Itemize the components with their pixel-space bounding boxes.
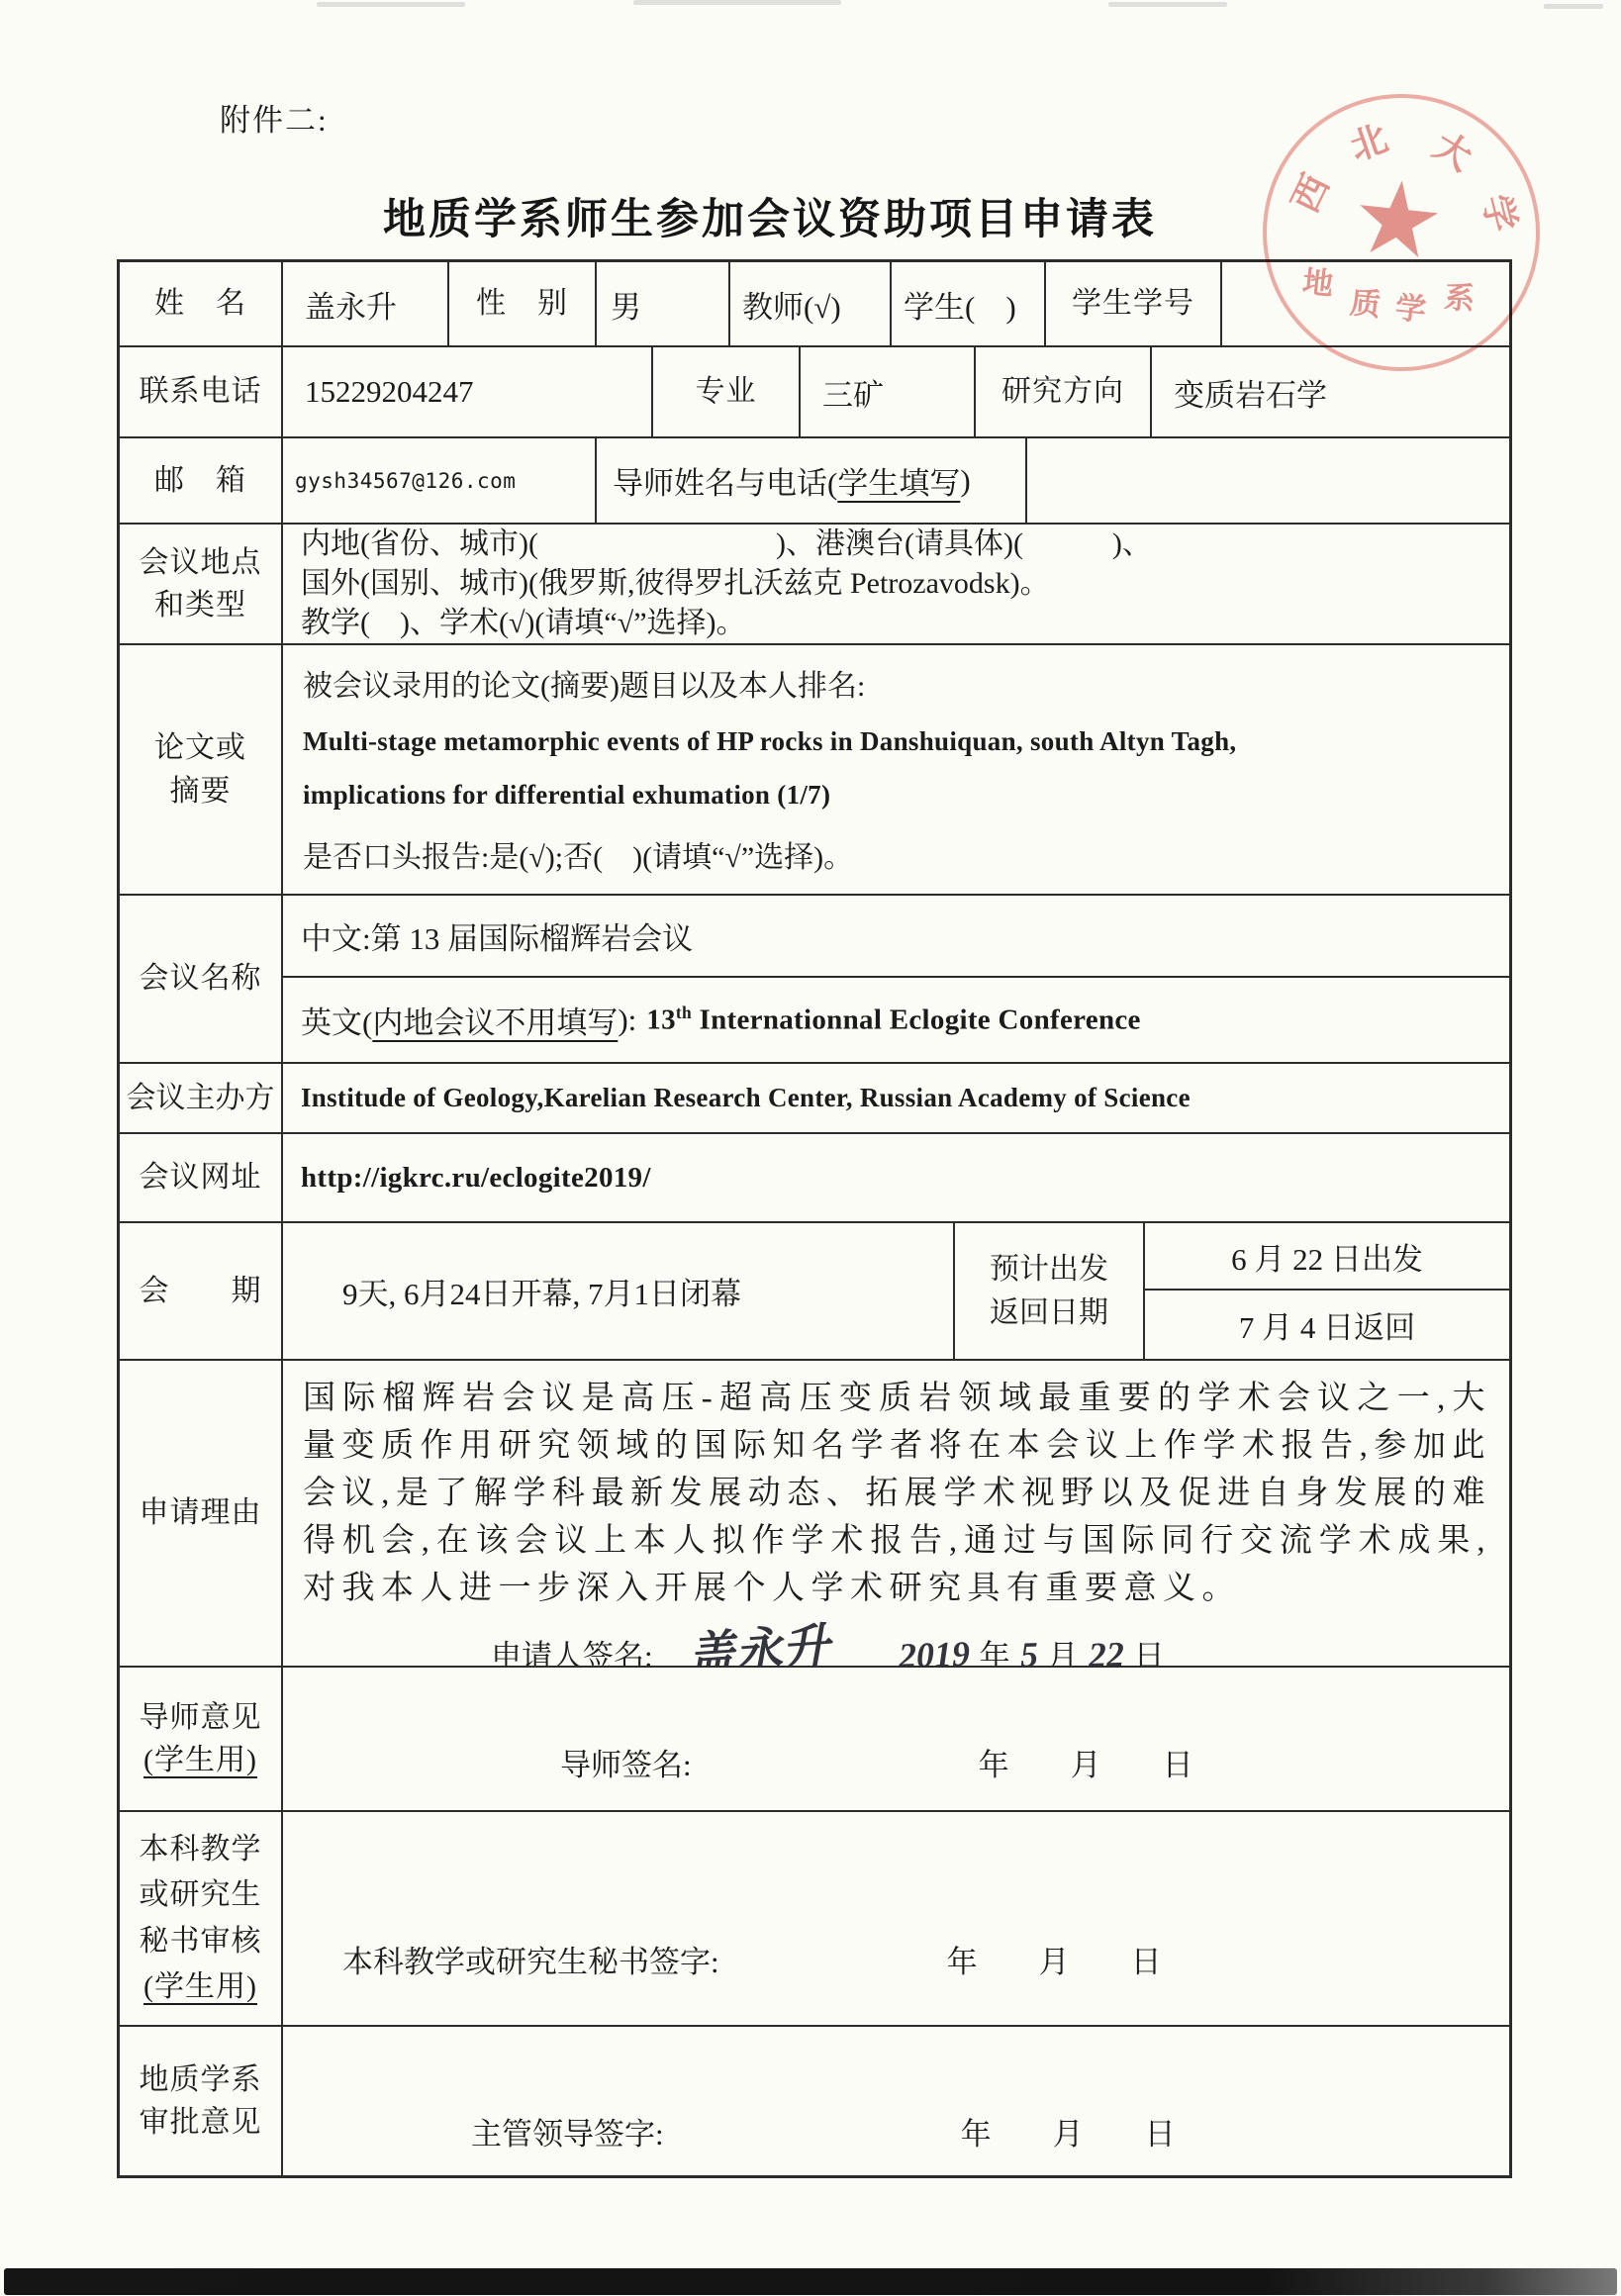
student-checkbox-option: 学生( )	[892, 262, 1046, 345]
table-row-location-type: 会议地点 和类型 内地(省份、城市)( )、港澳台(请具体)( )、 国外(国别…	[120, 525, 1509, 645]
conference-name-en: 英文(内地会议不用填写): 13th Internationnal Eclogi…	[283, 978, 1509, 1062]
en-conference-title: 13th Internationnal Eclogite Conference	[646, 1003, 1140, 1037]
advisor-opinion-content: 导师签名: 年 月 日	[283, 1668, 1509, 1810]
depart-return-dates: 6 月 22 日出发 7 月 4 日返回	[1145, 1223, 1509, 1359]
scan-artifact	[317, 2, 465, 7]
advisor-prefix: 导师姓名与电话(	[613, 458, 837, 503]
conference-name-label: 会议名称	[120, 896, 283, 1062]
secretary-date-blanks: 年 月 日	[947, 1937, 1162, 1981]
duration-label: 会 期	[120, 1223, 283, 1359]
table-row-email: 邮 箱 gysh34567@126.com 导师姓名与电话(学生填写)	[120, 438, 1509, 525]
website-value: http://igkrc.ru/eclogite2019/	[283, 1134, 1509, 1221]
location-mainland-line: 内地(省份、城市)( )、港澳台(请具体)( )、	[301, 525, 1152, 564]
website-label: 会议网址	[120, 1134, 283, 1221]
research-direction-value: 变质岩石学	[1152, 347, 1509, 436]
table-row-department-approval: 地质学系 审批意见 主管领导签字: 年 月 日	[120, 2027, 1509, 2175]
advisor-name-phone-label: 导师姓名与电话(学生填写)	[597, 438, 1027, 523]
leader-signature-label: 主管领导签字:	[471, 2109, 664, 2153]
department-approval-label: 地质学系 审批意见	[120, 2027, 283, 2175]
phone-label: 联系电话	[120, 347, 283, 436]
advisor-value	[1027, 438, 1509, 523]
applicant-signature-handwriting: 盖永升	[684, 1607, 830, 1666]
email-label: 邮 箱	[120, 438, 283, 523]
leader-date-blanks: 年 月 日	[961, 2109, 1176, 2153]
student-id-label: 学生学号	[1046, 262, 1222, 345]
signature-day-handwriting: 22	[1088, 1633, 1124, 1666]
table-row-basic-info: 姓 名 盖永升 性 别 男 教师(√) 学生( ) 学生学号	[120, 262, 1509, 347]
paper-title-line1: Multi-stage metamorphic events of HP roc…	[303, 726, 1499, 757]
duration-value: 9天, 6月24日开幕, 7月1日闭幕	[283, 1223, 955, 1359]
table-row-application-reason: 申请理由 国际榴辉岩会议是高压-超高压变质岩领域最重要的学术会议之一,大量变质作…	[120, 1361, 1509, 1668]
name-label: 姓 名	[120, 262, 283, 345]
scan-edge-bar	[4, 2268, 1617, 2295]
secretary-signature-label: 本科教学或研究生秘书签字:	[342, 1937, 719, 1981]
paper-abstract-content: 被会议录用的论文(摘要)题目以及本人排名: Multi-stage metamo…	[283, 645, 1509, 894]
table-row-advisor-opinion: 导师意见 (学生用) 导师签名: 年 月 日	[120, 1668, 1509, 1812]
organizer-label: 会议主办方	[120, 1064, 283, 1132]
name-value: 盖永升	[283, 262, 449, 345]
signature-month-handwriting: 5	[1019, 1634, 1038, 1666]
scan-artifact	[1108, 2, 1227, 7]
phone-value: 15229204247	[283, 347, 653, 436]
secretary-review-content: 本科教学或研究生秘书签字: 年 月 日	[283, 1812, 1509, 2025]
type-teaching-academic-line: 教学( )、学术(√)(请填“√”选择)。	[301, 604, 746, 643]
return-date: 7 月 4 日返回	[1145, 1291, 1509, 1359]
table-row-contact: 联系电话 15229204247 专业 三矿 研究方向 变质岩石学	[120, 347, 1509, 438]
depart-return-label: 预计出发 返回日期	[955, 1223, 1145, 1359]
paper-abstract-label: 论文或 摘要	[120, 645, 283, 894]
seal-character: 学	[1473, 188, 1533, 237]
advisor-signature-label: 导师签名:	[560, 1740, 692, 1784]
table-row-conference-name: 会议名称 中文:第 13 届国际榴辉岩会议 英文(内地会议不用填写): 13th…	[120, 896, 1509, 1064]
gender-value: 男	[597, 262, 730, 345]
conference-name-cn: 中文:第 13 届国际榴辉岩会议	[283, 896, 1509, 978]
application-reason-label: 申请理由	[120, 1361, 283, 1666]
signature-year-handwriting: 2019	[898, 1633, 970, 1666]
advisor-signature-line: 导师签名: 年 月 日	[283, 1740, 1509, 1784]
oral-report-line: 是否口头报告:是(√);否( )(请填“√”选择)。	[303, 832, 1499, 876]
application-reason-content: 国际榴辉岩会议是高压-超高压变质岩领域最重要的学术会议之一,大量变质作用研究领域…	[283, 1361, 1509, 1666]
application-reason-paragraph: 国际榴辉岩会议是高压-超高压变质岩领域最重要的学术会议之一,大量变质作用研究领域…	[283, 1361, 1509, 1612]
location-type-content: 内地(省份、城市)( )、港澳台(请具体)( )、 国外(国别、城市)(俄罗斯,…	[283, 525, 1509, 643]
major-value: 三矿	[801, 347, 976, 436]
advisor-underline: 学生填写	[837, 458, 960, 503]
organizer-value: Institude of Geology,Karelian Research C…	[283, 1064, 1509, 1132]
advisor-suffix: )	[960, 463, 970, 499]
table-row-secretary-review: 本科教学 或研究生 秘书审核 (学生用) 本科教学或研究生秘书签字: 年 月 日	[120, 1812, 1509, 2027]
advisor-opinion-label: 导师意见 (学生用)	[120, 1668, 283, 1810]
en-note-underline: 内地会议不用填写	[372, 998, 618, 1042]
major-label: 专业	[653, 347, 801, 436]
gender-label: 性 别	[449, 262, 597, 345]
secretary-signature-line: 本科教学或研究生秘书签字: 年 月 日	[283, 1937, 1509, 1981]
leader-signature-line: 主管领导签字: 年 月 日	[283, 2109, 1509, 2153]
table-row-paper-abstract: 论文或 摘要 被会议录用的论文(摘要)题目以及本人排名: Multi-stage…	[120, 645, 1509, 896]
scan-artifact	[633, 0, 841, 5]
teacher-checkbox-option: 教师(√)	[730, 262, 892, 345]
location-abroad-line: 国外(国别、城市)(俄罗斯,彼得罗扎沃兹克 Petrozavodsk)。	[301, 564, 1050, 604]
seal-character: 大	[1425, 116, 1484, 180]
department-approval-content: 主管领导签字: 年 月 日	[283, 2027, 1509, 2175]
research-direction-label: 研究方向	[976, 347, 1152, 436]
attachment-label: 附件二:	[220, 95, 329, 140]
paper-title-line2: implications for differential exhumation…	[303, 780, 1499, 811]
secretary-review-label: 本科教学 或研究生 秘书审核 (学生用)	[120, 1812, 283, 2025]
table-row-schedule: 会 期 9天, 6月24日开幕, 7月1日闭幕 预计出发 返回日期 6 月 22…	[120, 1223, 1509, 1361]
application-form-table: 姓 名 盖永升 性 别 男 教师(√) 学生( ) 学生学号 联系电话 1522…	[117, 259, 1512, 2178]
scan-artifact	[1544, 4, 1603, 9]
table-row-website: 会议网址 http://igkrc.ru/eclogite2019/	[120, 1134, 1509, 1223]
applicant-signature-label: 申请人签名:	[491, 1631, 653, 1666]
advisor-date-blanks: 年 月 日	[979, 1740, 1193, 1784]
email-value: gysh34567@126.com	[283, 438, 597, 523]
conference-name-content: 中文:第 13 届国际榴辉岩会议 英文(内地会议不用填写): 13th Inte…	[283, 896, 1509, 1062]
signature-date: 2019 年 5 月 22 日	[899, 1631, 1165, 1666]
student-id-value	[1222, 262, 1509, 345]
depart-date: 6 月 22 日出发	[1145, 1223, 1509, 1291]
paper-title-prompt: 被会议录用的论文(摘要)题目以及本人排名:	[303, 661, 1499, 705]
applicant-signature-line: 申请人签名: 盖永升 2019 年 5 月 22 日	[283, 1612, 1509, 1666]
table-row-organizer: 会议主办方 Institude of Geology,Karelian Rese…	[120, 1064, 1509, 1134]
seal-character: 北	[1342, 108, 1394, 170]
page-title: 地质学系师生参加会议资助项目申请表	[117, 186, 1423, 246]
location-type-label: 会议地点 和类型	[120, 525, 283, 643]
